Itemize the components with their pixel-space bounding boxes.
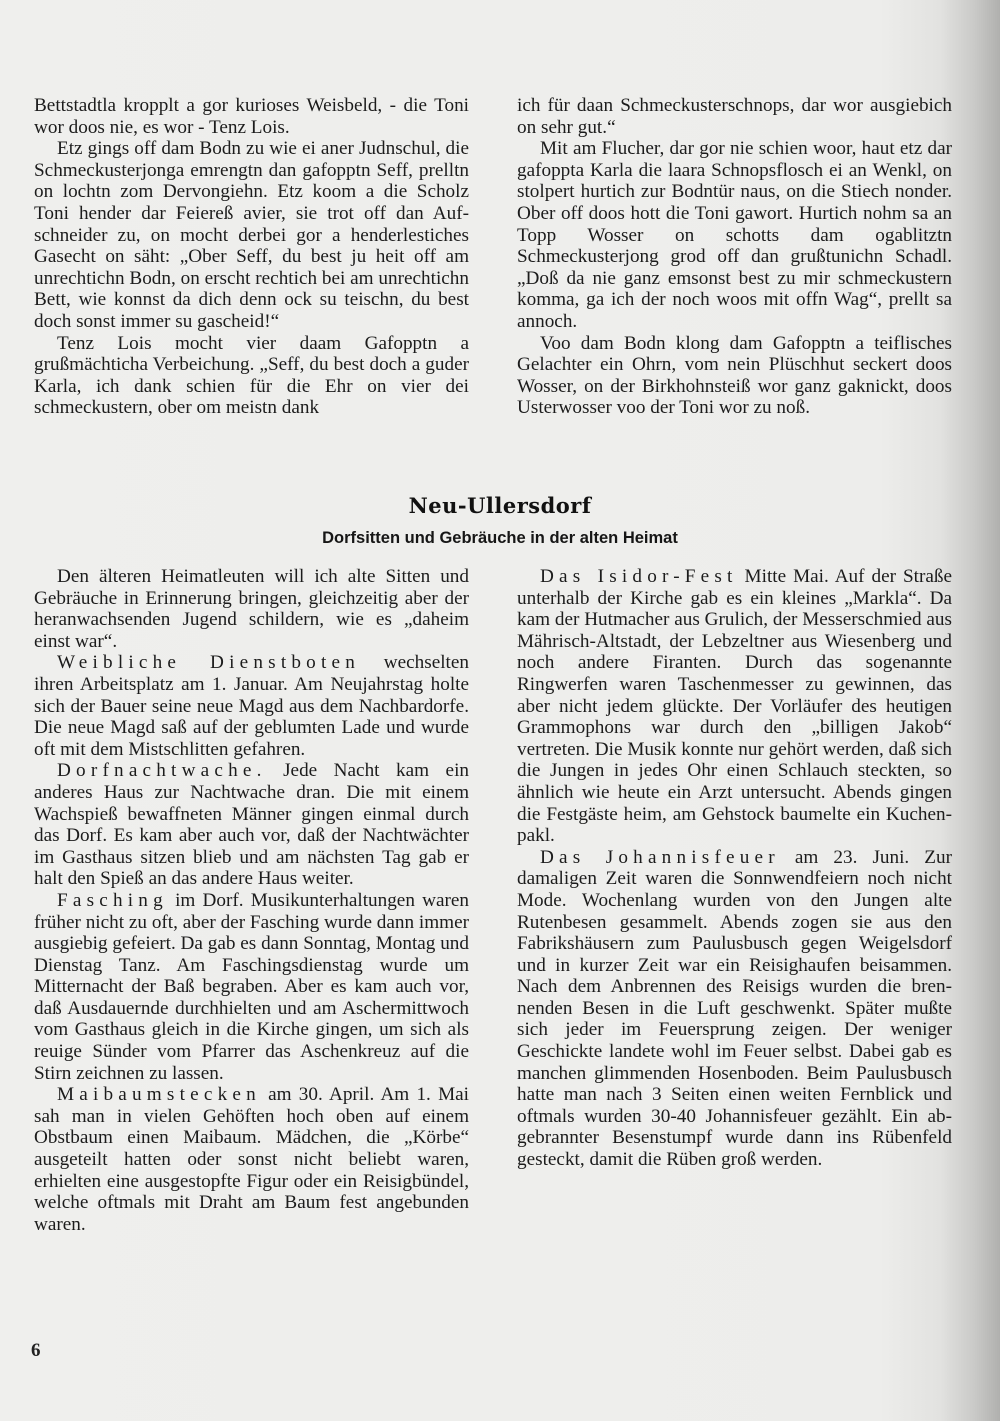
article-subtitle: Dorfsitten und Gebräuche in der alten He… [0, 529, 1000, 548]
top-right-column: ich für daan Schmeckusterschnops, dar wo… [517, 95, 952, 419]
paragraph-text: am 30. April. Am 1. Mai sah man in viele… [34, 1084, 469, 1235]
section-lead: Das Isidor-Fest [540, 566, 738, 587]
paragraph-text: im Dorf. Musikunterhaltungen waren frühe… [34, 890, 469, 1084]
scanned-page: Bettstadtla kropplt a gor kurioses Weisb… [0, 0, 1000, 1421]
paragraph: Etz gings off dam Bodn zu wie ei aner Ju… [34, 138, 469, 332]
article-title: Neu-Ullersdorf [0, 493, 1000, 518]
paragraph: Mit am Flucher, dar gor nie schien woor,… [517, 138, 952, 332]
section-lead: Das Johannisfeuer [540, 847, 780, 868]
page-number: 6 [31, 1340, 41, 1362]
paragraph: Weibliche Dienstboten wechselten ihren A… [34, 652, 469, 760]
paragraph: Dorfnachtwache. Jede Nacht kam ein ander… [34, 760, 469, 890]
paragraph: Maibaumstecken am 30. April. Am 1. Mai s… [34, 1084, 469, 1235]
paragraph-text: Mitte Mai. Auf der Straße unterhalb der … [517, 566, 952, 846]
article-left-column: Den älteren Heimatleuten will ich alte S… [34, 566, 469, 1235]
paragraph-text: Den älteren Heimatleuten will ich alte S… [34, 566, 469, 652]
paragraph: Voo dam Bodn klong dam Gafopptn a teif­l… [517, 333, 952, 419]
paragraph: Tenz Lois mocht vier daam Gafopptn a gru… [34, 333, 469, 419]
paragraph: Das Isidor-Fest Mitte Mai. Auf der Straß… [517, 566, 952, 847]
paragraph-text: am 23. Juni. Zur damaligen Zeit waren di… [517, 847, 952, 1170]
paragraph: Bettstadtla kropplt a gor kurioses Weisb… [34, 95, 469, 138]
top-left-column: Bettstadtla kropplt a gor kurioses Weisb… [34, 95, 469, 419]
section-lead: Dorfnachtwache. [57, 760, 267, 781]
paragraph: Den älteren Heimatleuten will ich alte S… [34, 566, 469, 652]
paragraph: Fasching im Dorf. Musikunterhaltungen wa… [34, 890, 469, 1084]
paragraph: Das Johannisfeuer am 23. Juni. Zur damal… [517, 847, 952, 1171]
section-lead: Weibliche Dienstboten [57, 652, 360, 673]
section-lead: Maibaumstecken [57, 1084, 261, 1105]
article-right-column: Das Isidor-Fest Mitte Mai. Auf der Straß… [517, 566, 952, 1171]
section-lead: Fasching [57, 890, 168, 911]
paragraph: ich für daan Schmeckusterschnops, dar wo… [517, 95, 952, 138]
